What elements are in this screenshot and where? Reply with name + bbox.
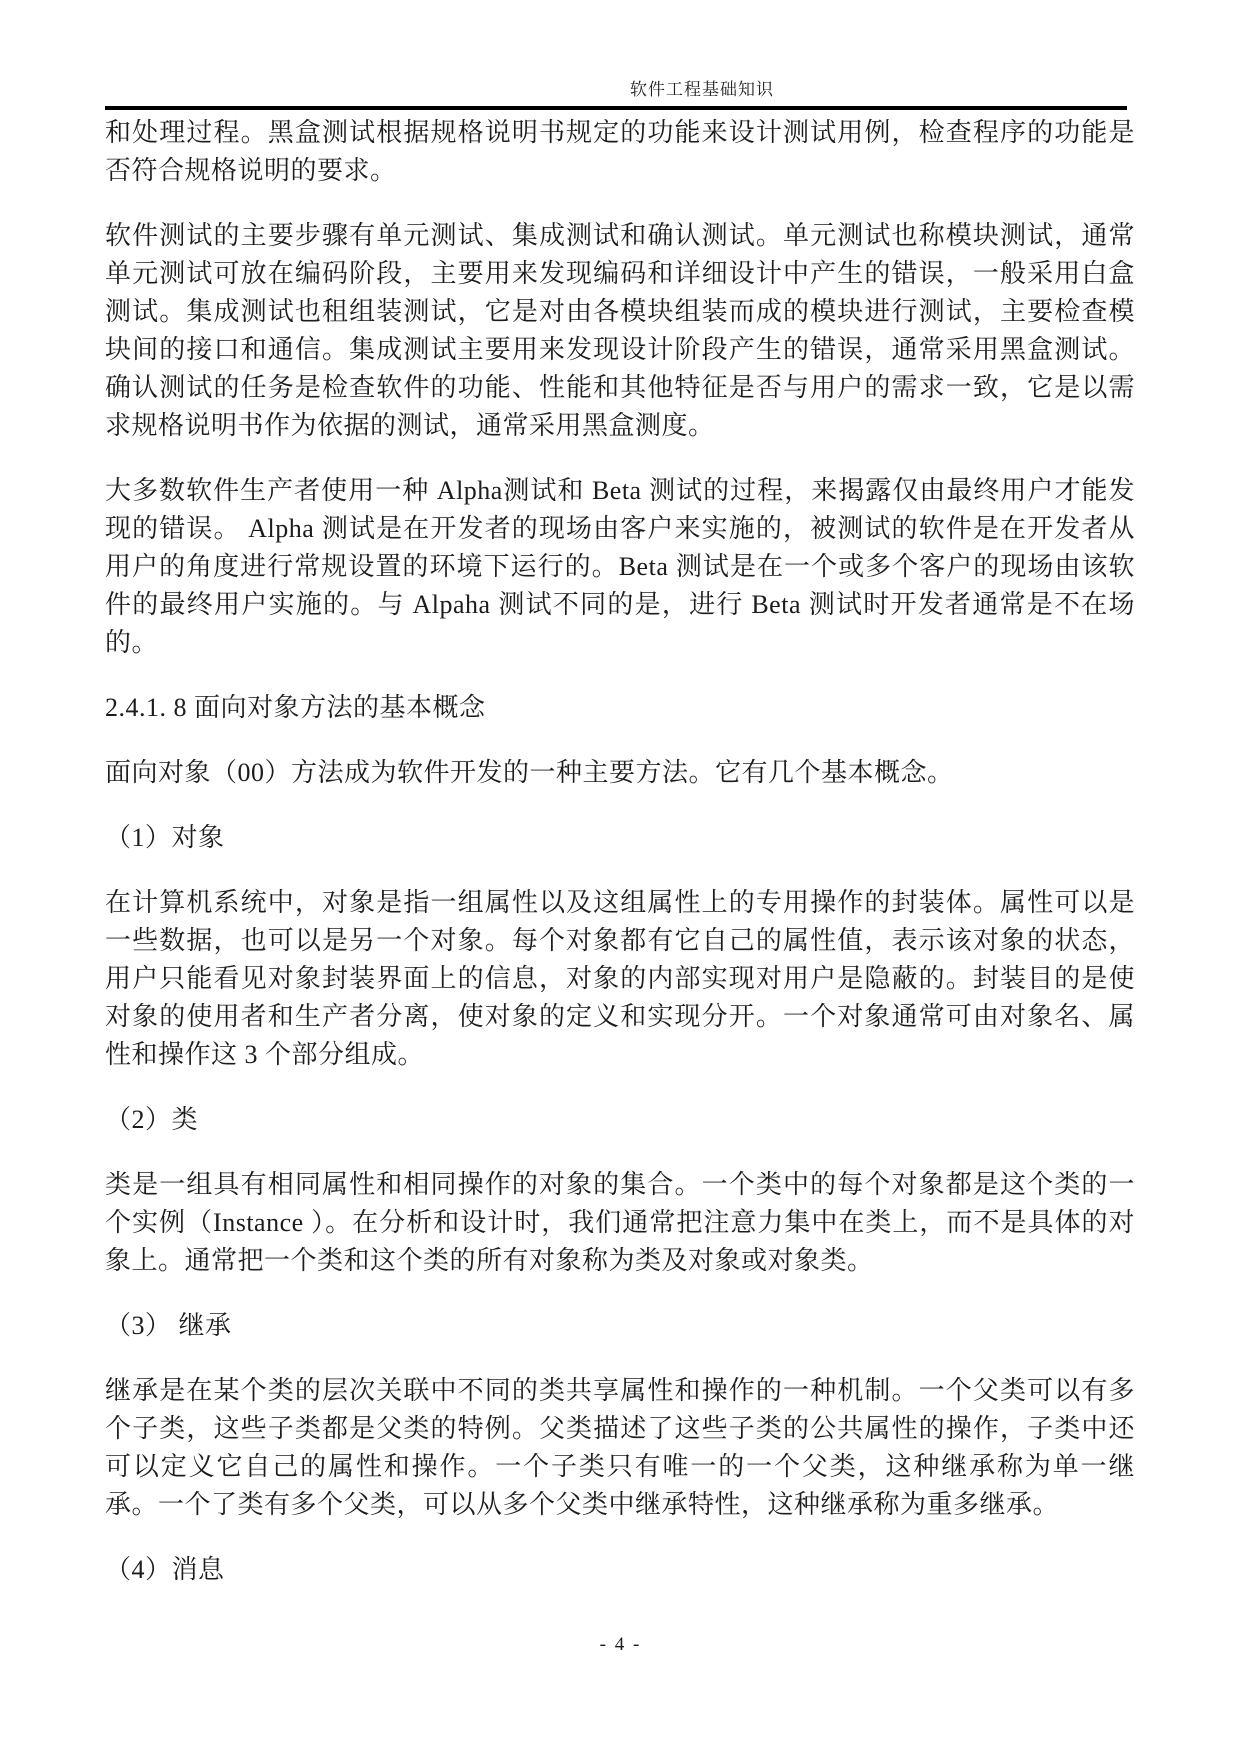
body-paragraph: 继承是在某个类的层次关联中不同的类共享属性和操作的一种机制。一个父类可以有多个子…	[105, 1372, 1135, 1524]
body-paragraph: 软件测试的主要步骤有单元测试、集成测试和确认测试。单元测试也称模块测试，通常单元…	[105, 217, 1135, 445]
body-paragraph: 大多数软件生产者使用一种 Alpha测试和 Beta 测试的过程，来揭露仅由最终…	[105, 472, 1135, 662]
body-paragraph: 面向对象（00）方法成为软件开发的一种主要方法。它有几个基本概念。	[105, 754, 1135, 792]
document-body: 和处理过程。黑盒测试根据规格说明书规定的功能来设计测试用例，检查程序的功能是否符…	[105, 114, 1135, 1589]
body-paragraph: 在计算机系统中，对象是指一组属性以及这组属性上的专用操作的封装体。属性可以是一些…	[105, 884, 1135, 1074]
body-paragraph: 和处理过程。黑盒测试根据规格说明书规定的功能来设计测试用例，检查程序的功能是否符…	[105, 114, 1135, 190]
header-rule	[105, 106, 1127, 110]
document-page: 软件工程基础知识 和处理过程。黑盒测试根据规格说明书规定的功能来设计测试用例，检…	[0, 0, 1241, 1754]
body-paragraph: 类是一组具有相同属性和相同操作的对象的集合。一个类中的每个对象都是这个类的一个实…	[105, 1166, 1135, 1280]
header-title: 软件工程基础知识	[630, 75, 774, 100]
page-header: 软件工程基础知识	[105, 76, 1135, 106]
section-heading: 2.4.1. 8 面向对象方法的基本概念	[105, 689, 1135, 727]
item-heading-inheritance: （3） 继承	[105, 1307, 1135, 1345]
item-heading-message: （4）消息	[105, 1551, 1135, 1589]
item-heading-object: （1）对象	[105, 819, 1135, 857]
page-number: - 4 -	[600, 1634, 642, 1655]
item-heading-class: （2）类	[105, 1101, 1135, 1139]
page-footer: - 4 -	[0, 1634, 1241, 1656]
